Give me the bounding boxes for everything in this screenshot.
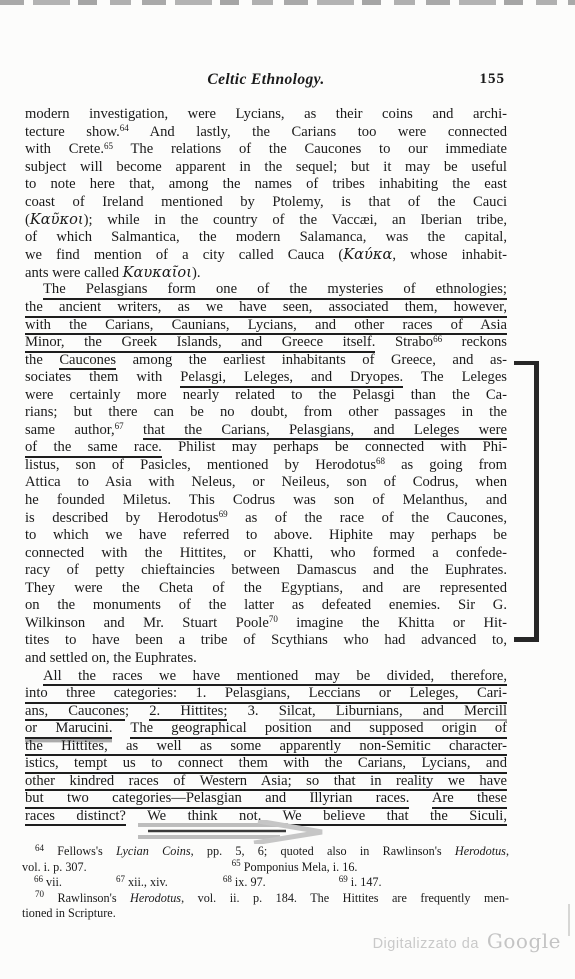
text-line: coast of Ireland mentioned by Ptolemy, i…: [25, 194, 507, 212]
text-line: on the monuments of the latter as defeat…: [25, 597, 507, 615]
text-segment: ).: [192, 265, 201, 281]
text-segment: vii.: [43, 875, 62, 889]
text-line: and settled on, the Euphrates.: [25, 650, 507, 668]
text-segment: coast of Ireland mentioned by Ptolemy, i…: [25, 194, 507, 210]
text-segment: sociates them with: [25, 369, 180, 385]
text-line: tecture show.64 And lastly, the Carians …: [25, 124, 507, 142]
text-segment: Fellows's: [44, 844, 116, 858]
text-segment: we find mention of a city called Cauca (: [25, 247, 343, 263]
text-line: same author,67 that the Carians, Pelasgi…: [25, 422, 507, 440]
text-segment: vol. i. p. 307.: [22, 860, 87, 874]
text-segment: tites to have been a tribe of Scythians …: [25, 632, 507, 648]
text-line: the Hittites, as well as some apparently…: [25, 738, 507, 756]
text-segment: Silcat, Liburnians, and Mercill: [279, 703, 507, 722]
text-segment: 66: [34, 874, 43, 884]
page-number: 155: [480, 71, 506, 88]
text-line: 64 Fellows's Lycian Coins, pp. 5, 6; quo…: [22, 844, 509, 860]
text-segment: Attica to Asia with Neleus, or Neileus, …: [25, 474, 507, 490]
text-segment: rians; but there can be no doubt, from o…: [25, 404, 507, 420]
text-segment: as going from: [385, 457, 507, 473]
text-segment: i. 147.: [348, 875, 382, 889]
text-segment: 65: [104, 141, 113, 151]
text-segment: The Pelasgians form one of the mysteries…: [43, 281, 507, 300]
text-line: to note here that, among the names of tr…: [25, 176, 507, 194]
text-segment: 65: [232, 858, 241, 868]
text-segment: 64: [120, 123, 129, 133]
text-line: other kindred races of Western Asia; so …: [25, 773, 507, 791]
text-line: tioned in Scripture.: [22, 906, 509, 922]
text-segment: on the monuments of the latter as defeat…: [25, 597, 507, 613]
text-segment: subject will become apparent in the sequ…: [25, 159, 507, 175]
text-segment: They were the Cheta of the Egyptians, an…: [25, 580, 507, 596]
text-segment: of which Salmantica, the modern Salamanc…: [25, 229, 507, 245]
text-segment: same author,: [25, 422, 115, 438]
text-segment: 69: [219, 509, 228, 519]
pen-arrow-mark: [130, 820, 400, 844]
text-segment: Καύκα: [343, 246, 392, 263]
text-segment: the ancient writers, as we have seen, as…: [25, 299, 507, 318]
text-line: into three categories: 1. Pelasgians, Le…: [25, 685, 507, 703]
text-segment: Rawlinson's: [44, 891, 130, 905]
text-line: Attica to Asia with Neleus, or Neileus, …: [25, 474, 507, 492]
pen-bracket-mark: [514, 361, 539, 642]
text-segment: tecture show.: [25, 124, 120, 140]
text-segment: Herodotus: [455, 844, 506, 858]
text-line: The Pelasgians form one of the mysteries…: [25, 281, 507, 299]
text-segment: And lastly, the Carians too were connect…: [129, 124, 507, 140]
text-line: racy of petty chieftaincies between Dama…: [25, 562, 507, 580]
text-segment: ,: [506, 844, 509, 858]
text-line: but two categories—Pelasgian and Illyria…: [25, 790, 507, 808]
text-segment: Καυκαῖοι: [123, 264, 192, 281]
text-segment: Strabo: [375, 334, 433, 350]
text-line: subject will become apparent in the sequ…: [25, 159, 507, 177]
text-line: we find mention of a city called Cauca (…: [25, 246, 507, 264]
text-line: to which we have referred to above. Hiph…: [25, 527, 507, 545]
text-segment: racy of petty chieftaincies between Dama…: [25, 562, 507, 578]
text-segment: other kindred races of Western Asia; so …: [25, 773, 507, 792]
text-segment: 3.: [227, 703, 278, 719]
text-segment: into three categories: 1. Pelasgians, Le…: [25, 685, 507, 704]
google-logo-text: Google: [487, 929, 561, 953]
text-segment: , vol. ii. p. 184. The Hittites are freq…: [181, 891, 509, 905]
text-segment: listus, son of Pasicles, mentioned by He…: [25, 457, 376, 473]
text-line: rians; but there can be no doubt, from o…: [25, 404, 507, 422]
text-line: the ancient writers, as we have seen, as…: [25, 299, 507, 317]
text-segment: is described by Herodotus: [25, 510, 219, 526]
text-segment: 64: [35, 843, 44, 853]
text-segment: ); while in the country of the Vaccæi, a…: [84, 212, 507, 228]
text-line: tites to have been a tribe of Scythians …: [25, 632, 507, 650]
text-segment: The relations of the Caucones to our imm…: [113, 141, 507, 157]
text-segment: modern investigation, were Lycians, as t…: [25, 106, 507, 122]
running-title: Celtic Ethnology.: [25, 71, 507, 89]
text-segment: of the same race.: [25, 439, 162, 458]
text-line: of which Salmantica, the modern Salamanc…: [25, 229, 507, 247]
text-segment: Wilkinson and Mr. Stuart Poole: [25, 615, 269, 631]
footnotes: 64 Fellows's Lycian Coins, pp. 5, 6; quo…: [22, 844, 509, 922]
watermark-prefix: Digitalizzato da: [373, 936, 479, 952]
text-segment: 67: [116, 874, 125, 884]
text-line: Wilkinson and Mr. Stuart Poole70 imagine…: [25, 615, 507, 633]
text-segment: Pelasgi, Leleges, and Dryopes.: [180, 369, 403, 388]
text-segment: 66: [433, 334, 442, 344]
spacer: [87, 870, 232, 871]
text-segment: 68: [376, 456, 385, 466]
digitization-watermark: Digitalizzato da Google: [373, 929, 561, 953]
text-line: listus, son of Pasicles, mentioned by He…: [25, 457, 507, 475]
text-line: (Καῦκοι); while in the country of the Va…: [25, 211, 507, 229]
text-segment: reckons: [442, 334, 507, 350]
text-segment: The Leleges: [403, 369, 507, 385]
text-line: the Caucones among the earliest inhabita…: [25, 352, 507, 370]
text-segment: ix. 97.: [232, 875, 266, 889]
text-segment: [409, 790, 432, 806]
spacer: [62, 885, 116, 886]
text-segment: [112, 720, 130, 736]
text-segment: Minor, the Greek Islands, and Greece its…: [25, 334, 375, 353]
text-segment: 70: [35, 889, 44, 899]
text-segment: Pomponius Mela, i. 16.: [241, 860, 358, 874]
text-segment: connected with the Hittites, or Khatti, …: [25, 545, 507, 561]
text-segment: Herodotus: [130, 891, 181, 905]
text-line: with the Carians, Caunians, Lycians, and…: [25, 317, 507, 335]
text-line: Minor, the Greek Islands, and Greece its…: [25, 334, 507, 352]
text-segment: or Marucini.: [25, 720, 112, 739]
text-segment: Philist may perhaps be connected with Ph…: [162, 439, 507, 455]
scan-edge-artifact: [568, 904, 570, 936]
text-line: sociates them with Pelasgi, Leleges, and…: [25, 369, 507, 387]
text-segment: All the races we have mentioned may be d…: [43, 668, 507, 687]
text-segment: to note here that, among the names of tr…: [25, 176, 507, 192]
text-segment: Caucones: [59, 352, 116, 371]
text-line: he founded Miletus. This Codrus was son …: [25, 492, 507, 510]
text-segment: 68: [223, 874, 232, 884]
text-segment: imagine the Khitta or Hit-: [278, 615, 507, 631]
text-segment: the: [25, 352, 59, 368]
text-line: were certainly more nearly related to th…: [25, 387, 507, 405]
text-segment: tioned in Scripture.: [22, 906, 116, 920]
text-segment: he founded Miletus. This Codrus was son …: [25, 492, 507, 508]
text-line: modern investigation, were Lycians, as t…: [25, 106, 507, 124]
text-segment: and settled on, the Euphrates.: [25, 650, 197, 666]
text-segment: [124, 422, 143, 438]
text-line: ans, Caucones; 2. Hittites; 3. Silcat, L…: [25, 703, 507, 721]
text-line: is described by Herodotus69 as of the ra…: [25, 510, 507, 528]
page-header: Celtic Ethnology. 155: [25, 71, 507, 91]
text-segment: 67: [115, 421, 124, 431]
text-line: of the same race. Philist may perhaps be…: [25, 439, 507, 457]
text-segment: Are these: [432, 790, 507, 809]
text-line: They were the Cheta of the Egyptians, an…: [25, 580, 507, 598]
text-segment: ants were called: [25, 265, 123, 281]
text-segment: , pp. 5, 6; quoted also in Rawlinson's: [191, 844, 455, 858]
text-segment: istics, tempt us to connect them with th…: [25, 755, 507, 774]
text-segment: with Crete.: [25, 141, 104, 157]
text-line: istics, tempt us to connect them with th…: [25, 755, 507, 773]
text-segment: as of the race of the Caucones,: [228, 510, 507, 526]
text-line: 66 vii.67 xii., xiv.68 ix. 97.69 i. 147.: [22, 875, 509, 891]
text-segment: to which we have referred to above. Hiph…: [25, 527, 507, 543]
spacer: [168, 885, 223, 886]
text-line: 70 Rawlinson's Herodotus, vol. ii. p. 18…: [22, 891, 509, 907]
text-segment: among the earliest inhabitants of Greece…: [116, 352, 507, 368]
text-segment: ;: [125, 703, 149, 719]
text-segment: 2. Hittites;: [149, 703, 227, 722]
text-segment: xii., xiv.: [125, 875, 168, 889]
body-text: modern investigation, were Lycians, as t…: [25, 106, 507, 825]
spacer: [266, 885, 339, 886]
text-segment: , whose inhabit-: [392, 247, 507, 263]
text-segment: with the Carians, Caunians, Lycians, and…: [25, 317, 507, 336]
scanned-book-page: Celtic Ethnology. 155 modern investigati…: [0, 0, 575, 979]
text-segment: that the Carians, Pelasgians, and Lelege…: [143, 422, 507, 441]
text-segment: The geographical position and supposed o…: [130, 720, 507, 739]
text-segment: ans, Caucones: [25, 703, 125, 722]
text-segment: 69: [339, 874, 348, 884]
scan-artifact-band: [0, 0, 575, 5]
text-segment: races distinct?: [25, 808, 126, 827]
text-segment: 70: [269, 614, 278, 624]
text-line: with Crete.65 The relations of the Cauco…: [25, 141, 507, 159]
text-segment: the Hittites, as well as some apparently…: [25, 738, 507, 757]
text-segment: but two categories—Pelasgian and Illyria…: [25, 790, 409, 809]
text-line: ants were called Καυκαῖοι).: [25, 264, 507, 282]
text-segment: Καῦκοι: [30, 211, 84, 228]
text-line: connected with the Hittites, or Khatti, …: [25, 545, 507, 563]
text-line: All the races we have mentioned may be d…: [25, 668, 507, 686]
text-line: or Marucini. The geographical position a…: [25, 720, 507, 738]
text-line: vol. i. p. 307.65 Pomponius Mela, i. 16.: [22, 860, 509, 876]
text-segment: Lycian Coins: [116, 844, 191, 858]
text-segment: were certainly more nearly related to th…: [25, 387, 507, 403]
